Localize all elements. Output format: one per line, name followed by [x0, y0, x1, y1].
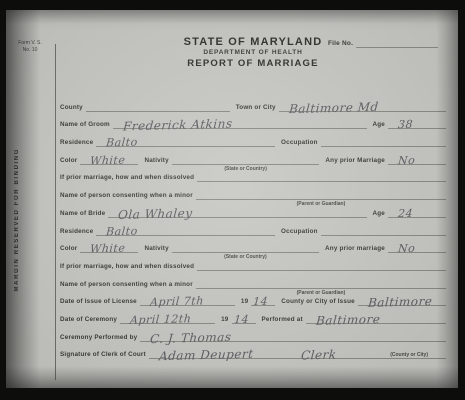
- groom-consent-label: Name of person consenting when a minor: [60, 192, 193, 200]
- bride-consent-line: (Parent or Guardian): [196, 288, 446, 289]
- bride-residence-line: Balto: [96, 227, 275, 236]
- bride-nativity-label: Nativity: [144, 245, 168, 253]
- row-county-town: County Town or City Baltimore Md: [60, 94, 446, 112]
- ceremony-year-prefix: 19: [221, 316, 228, 324]
- file-number-line: [356, 47, 438, 48]
- row-bride-name-age: Name of Bride Ola Whaley Age 24: [60, 200, 446, 218]
- groom-nativity-line: (State or Country): [172, 164, 320, 165]
- bride-color-label: Color: [60, 245, 77, 253]
- groom-dissolved-line: [197, 181, 446, 182]
- groom-nativity-hint: (State or Country): [224, 166, 267, 172]
- county-label: County: [60, 104, 83, 112]
- scanned-photo-frame: MARGIN RESERVED FOR BINDING Form V. S. N…: [0, 0, 465, 400]
- groom-age-line: 38: [388, 120, 446, 129]
- margin-binding-note: MARGIN RESERVED FOR BINDING: [14, 148, 20, 291]
- form-number-stamp: Form V. S. No. 10: [12, 40, 48, 54]
- bride-residence-label: Residence: [60, 228, 93, 236]
- groom-color-label: Color: [60, 157, 77, 165]
- department-subtitle: DEPARTMENT OF HEALTH: [60, 49, 446, 56]
- bride-consent-label: Name of person consenting when a minor: [60, 281, 193, 289]
- bride-dissolved-line: [197, 270, 446, 271]
- town-label: Town or City: [236, 104, 276, 112]
- bride-age-line: 24: [388, 209, 446, 218]
- row-groom-name-age: Name of Groom Frederick Atkins Age 38: [60, 112, 446, 130]
- performed-at-label: Performed at: [262, 316, 303, 324]
- document-header: STATE OF MARYLAND DEPARTMENT OF HEALTH R…: [60, 36, 446, 69]
- groom-consent-line: (Parent or Guardian): [196, 199, 446, 200]
- row-bride-color-nativity: Color White Nativity (State or Country) …: [60, 236, 446, 254]
- row-license: Date of Issue of License April 7th 19 14…: [60, 289, 446, 307]
- issue-place-line: Baltimore: [358, 297, 446, 306]
- license-year-prefix: 19: [241, 298, 248, 306]
- performed-at-line: Baltimore: [306, 315, 446, 324]
- county-line: [86, 111, 230, 112]
- groom-occupation-line: [321, 146, 446, 147]
- groom-dissolved-label: If prior marriage, how and when dissolve…: [60, 174, 194, 182]
- groom-nativity-label: Nativity: [144, 157, 168, 165]
- groom-name-label: Name of Groom: [60, 121, 110, 129]
- issue-place-label: County or City of Issue: [281, 298, 355, 306]
- row-clerk-signature: Signature of Clerk of Court Adam Deupert…: [60, 342, 446, 360]
- bride-occupation-label: Occupation: [281, 228, 318, 236]
- bride-prior-marriage-line: No: [388, 244, 446, 253]
- ceremony-year-line: 14: [232, 315, 256, 324]
- groom-residence-label: Residence: [60, 139, 93, 147]
- bride-dissolved-label: If prior marriage, how and when dissolve…: [60, 263, 194, 271]
- ceremony-date-line: April 12th: [120, 315, 215, 324]
- bride-name-line: Ola Whaley: [108, 209, 366, 218]
- row-bride-consent: Name of person consenting when a minor (…: [60, 271, 446, 289]
- clerk-signature-line: Adam Deupert Clerk (County or City): [149, 350, 446, 359]
- bride-nativity-hint: (State or Country): [224, 254, 267, 260]
- bride-color-line: White: [80, 244, 138, 253]
- bride-age-label: Age: [373, 210, 386, 218]
- license-date-line: April 7th: [140, 297, 235, 306]
- document-paper: MARGIN RESERVED FOR BINDING Form V. S. N…: [6, 10, 458, 388]
- row-groom-color-nativity: Color White Nativity (State or Country) …: [60, 147, 446, 165]
- marriage-form: County Town or City Baltimore Md Name of…: [60, 94, 446, 359]
- performed-by-label: Ceremony Performed by: [60, 334, 137, 342]
- groom-prior-marriage-label: Any prior Marriage: [325, 157, 385, 165]
- clerk-signature-label: Signature of Clerk of Court: [60, 351, 146, 359]
- bride-prior-marriage-label: Any prior marriage: [325, 245, 385, 253]
- groom-age-label: Age: [373, 121, 386, 129]
- row-groom-consent: Name of person consenting when a minor (…: [60, 182, 446, 200]
- file-number-label: File No.: [328, 40, 353, 48]
- groom-name-line: Frederick Atkins: [113, 120, 367, 129]
- bride-occupation-line: [321, 235, 446, 236]
- license-date-label: Date of Issue of License: [60, 298, 137, 306]
- groom-prior-marriage-line: No: [388, 156, 446, 165]
- bride-name-label: Name of Bride: [60, 210, 105, 218]
- ceremony-date-label: Date of Ceremony: [60, 316, 117, 324]
- clerk-signature-hint: (County or City): [390, 352, 428, 358]
- row-performed-by: Ceremony Performed by C. J. Thomas: [60, 324, 446, 342]
- form-number-line2: No. 10: [12, 47, 48, 54]
- town-line: Baltimore Md: [279, 103, 446, 112]
- report-title: REPORT OF MARRIAGE: [60, 58, 446, 69]
- file-number-field: File No.: [328, 40, 438, 48]
- groom-residence-line: Balto: [96, 138, 275, 147]
- license-year-line: 14: [251, 297, 275, 306]
- form-number-line1: Form V. S.: [12, 40, 48, 47]
- groom-color-line: White: [80, 156, 138, 165]
- bride-consent-hint: (Parent or Guardian): [297, 290, 346, 296]
- groom-occupation-label: Occupation: [281, 139, 318, 147]
- bride-nativity-line: (State or Country): [172, 252, 319, 253]
- binding-rule-line: [55, 44, 56, 380]
- row-groom-residence: Residence Balto Occupation: [60, 129, 446, 147]
- performed-by-line: C. J. Thomas: [140, 333, 446, 342]
- groom-consent-hint: (Parent or Guardian): [297, 201, 346, 207]
